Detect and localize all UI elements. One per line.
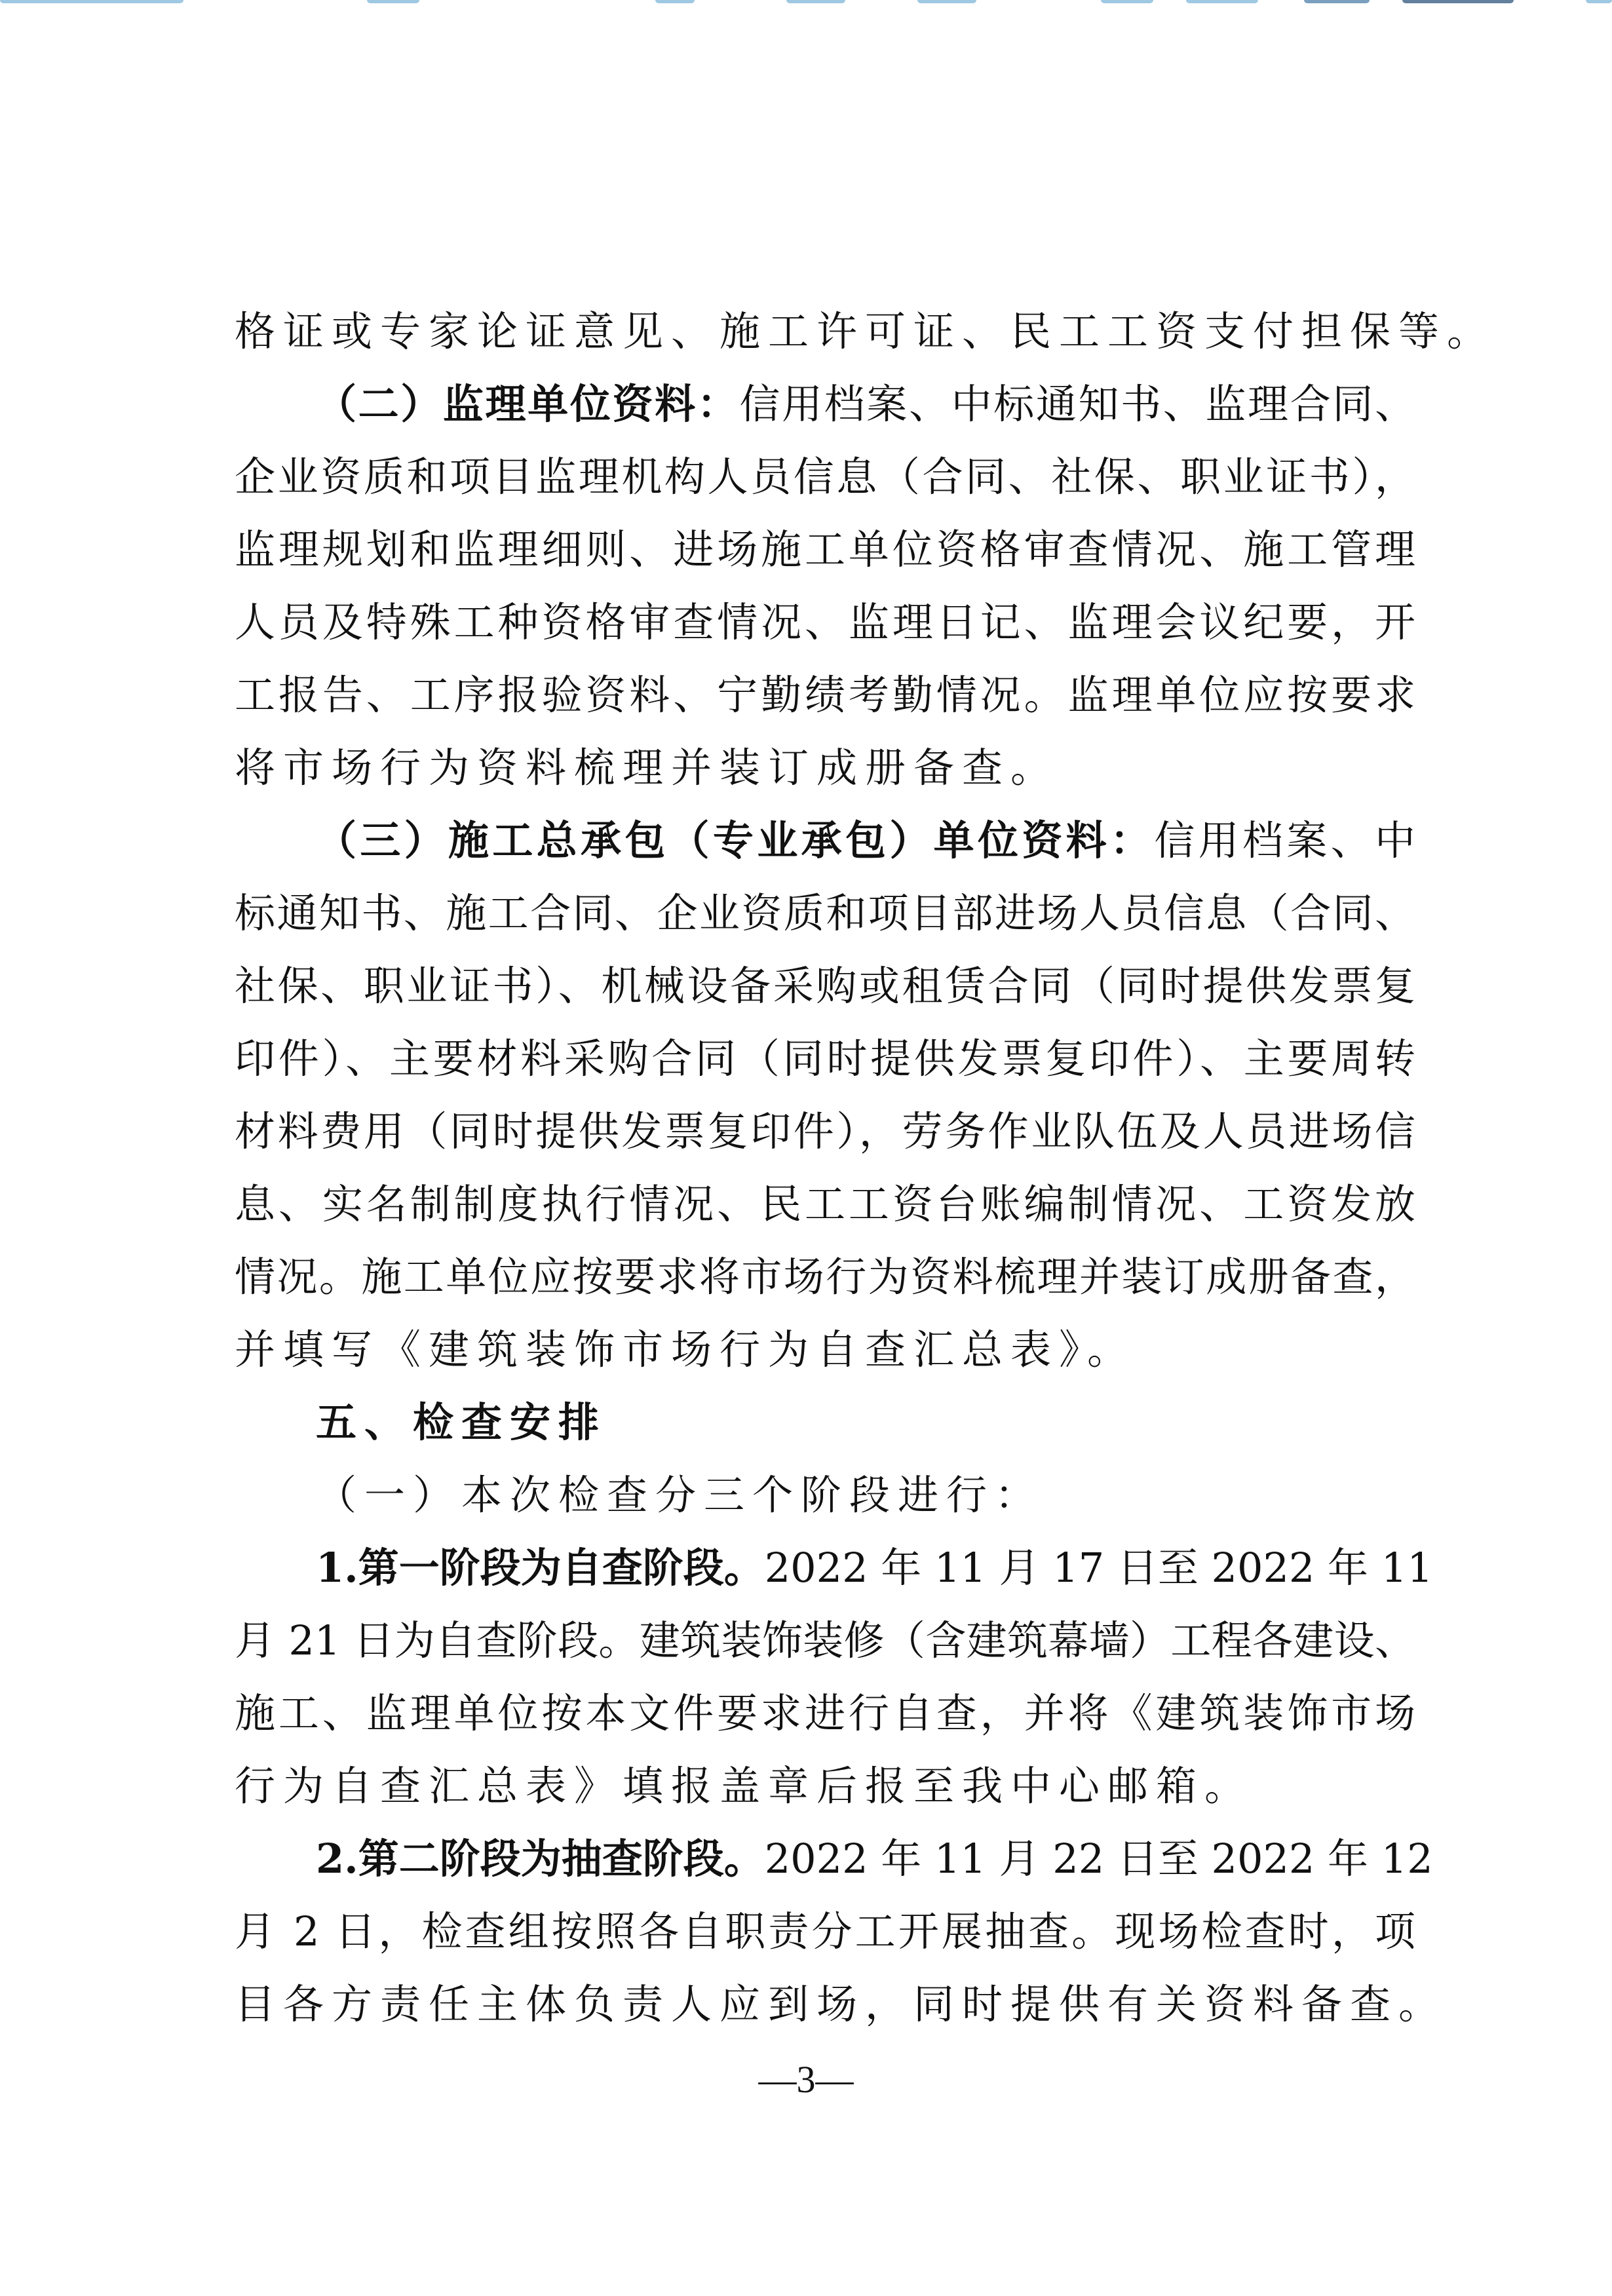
text-line: 月 2 日，检查组按照各自职责分工开展抽查。现场检查时，项	[235, 1895, 1415, 1968]
text-line: 息、实名制制度执行情况、民工工资台账编制情况、工资发放	[235, 1168, 1415, 1240]
text-line: 企业资质和项目监理机构人员信息（合同、社保、职业证书），	[235, 440, 1415, 513]
scan-edge-artifact	[0, 0, 1612, 7]
scan-mark	[1586, 0, 1612, 3]
text-line: 行为自查汇总表》填报盖章后报至我中心邮箱。	[235, 1750, 1415, 1822]
text-line: 工报告、工序报验资料、宁勤绩考勤情况。监理单位应按要求	[235, 659, 1415, 731]
subheading-supervision: （二）监理单位资料：	[316, 380, 739, 428]
scan-mark	[367, 0, 419, 3]
text-line: （二）监理单位资料：信用档案、中标通知书、监理合同、	[235, 368, 1415, 440]
scan-mark	[786, 0, 845, 3]
scan-mark	[917, 0, 976, 3]
scan-mark	[1101, 0, 1153, 3]
text-run: 2022 年 11 月 17 日至 2022 年 11	[765, 1544, 1433, 1592]
paragraph-stage-1: 1.第一阶段为自查阶段。2022 年 11 月 17 日至 2022 年 11 …	[235, 1531, 1415, 1822]
scan-mark	[655, 0, 695, 3]
scan-mark	[1304, 0, 1370, 3]
paragraph-supervision-materials: （二）监理单位资料：信用档案、中标通知书、监理合同、 企业资质和项目监理机构人员…	[235, 368, 1415, 804]
paragraph-contractor-materials: （三）施工总承包（专业承包）单位资料：信用档案、中 标通知书、施工合同、企业资质…	[235, 804, 1415, 1386]
scan-mark	[1186, 0, 1258, 3]
text-run: 2022 年 11 月 22 日至 2022 年 12	[765, 1835, 1433, 1883]
text-line: 月 21 日为自查阶段。建筑装饰装修（含建筑幕墙）工程各建设、	[235, 1604, 1415, 1677]
subheading-contractor: （三）施工总承包（专业承包）单位资料：	[316, 816, 1154, 864]
scan-mark	[1402, 0, 1514, 3]
text-line: 并填写《建筑装饰市场行为自查汇总表》。	[235, 1313, 1415, 1386]
document-page: 格证或专家论证意见、施工许可证、民工工资支付担保等。 （二）监理单位资料：信用档…	[235, 295, 1415, 2040]
text-line: 标通知书、施工合同、企业资质和项目部进场人员信息（合同、	[235, 877, 1415, 949]
scan-mark	[0, 0, 183, 3]
subheading-stage-2: 2.第二阶段为抽查阶段。	[316, 1835, 765, 1883]
subheading-stage-1: 1.第一阶段为自查阶段。	[316, 1544, 765, 1592]
text-line: 监理规划和监理细则、进场施工单位资格审查情况、施工管理	[235, 513, 1415, 586]
text-line: 将市场行为资料梳理并装订成册备查。	[235, 731, 1415, 804]
text-line: 2.第二阶段为抽查阶段。2022 年 11 月 22 日至 2022 年 12	[235, 1822, 1415, 1895]
text-line: 印件）、主要材料采购合同（同时提供发票复印件）、主要周转	[235, 1022, 1415, 1095]
text-line: 1.第一阶段为自查阶段。2022 年 11 月 17 日至 2022 年 11	[235, 1531, 1415, 1604]
page-number: —3—	[0, 2057, 1612, 2101]
text-run: 信用档案、中	[1154, 816, 1415, 864]
text-run: 信用档案、中标通知书、监理合同、	[739, 380, 1415, 428]
paragraph-stage-2: 2.第二阶段为抽查阶段。2022 年 11 月 22 日至 2022 年 12 …	[235, 1822, 1415, 2040]
text-line: 格证或专家论证意见、施工许可证、民工工资支付担保等。	[235, 295, 1415, 368]
section-heading-inspection-arrangement: 五、检查安排	[235, 1386, 1415, 1459]
text-line: （三）施工总承包（专业承包）单位资料：信用档案、中	[235, 804, 1415, 877]
text-line: 情况。施工单位应按要求将市场行为资料梳理并装订成册备查，	[235, 1240, 1415, 1313]
text-line: （一）本次检查分三个阶段进行：	[235, 1459, 1415, 1531]
text-line: 社保、职业证书）、机械设备采购或租赁合同（同时提供发票复	[235, 949, 1415, 1022]
text-line: 施工、监理单位按本文件要求进行自查，并将《建筑装饰市场	[235, 1677, 1415, 1750]
text-line: 目各方责任主体负责人应到场，同时提供有关资料备查。	[235, 1968, 1415, 2040]
text-line: 材料费用（同时提供发票复印件），劳务作业队伍及人员进场信	[235, 1095, 1415, 1168]
text-line: 人员及特殊工种资格审查情况、监理日记、监理会议纪要，开	[235, 586, 1415, 659]
